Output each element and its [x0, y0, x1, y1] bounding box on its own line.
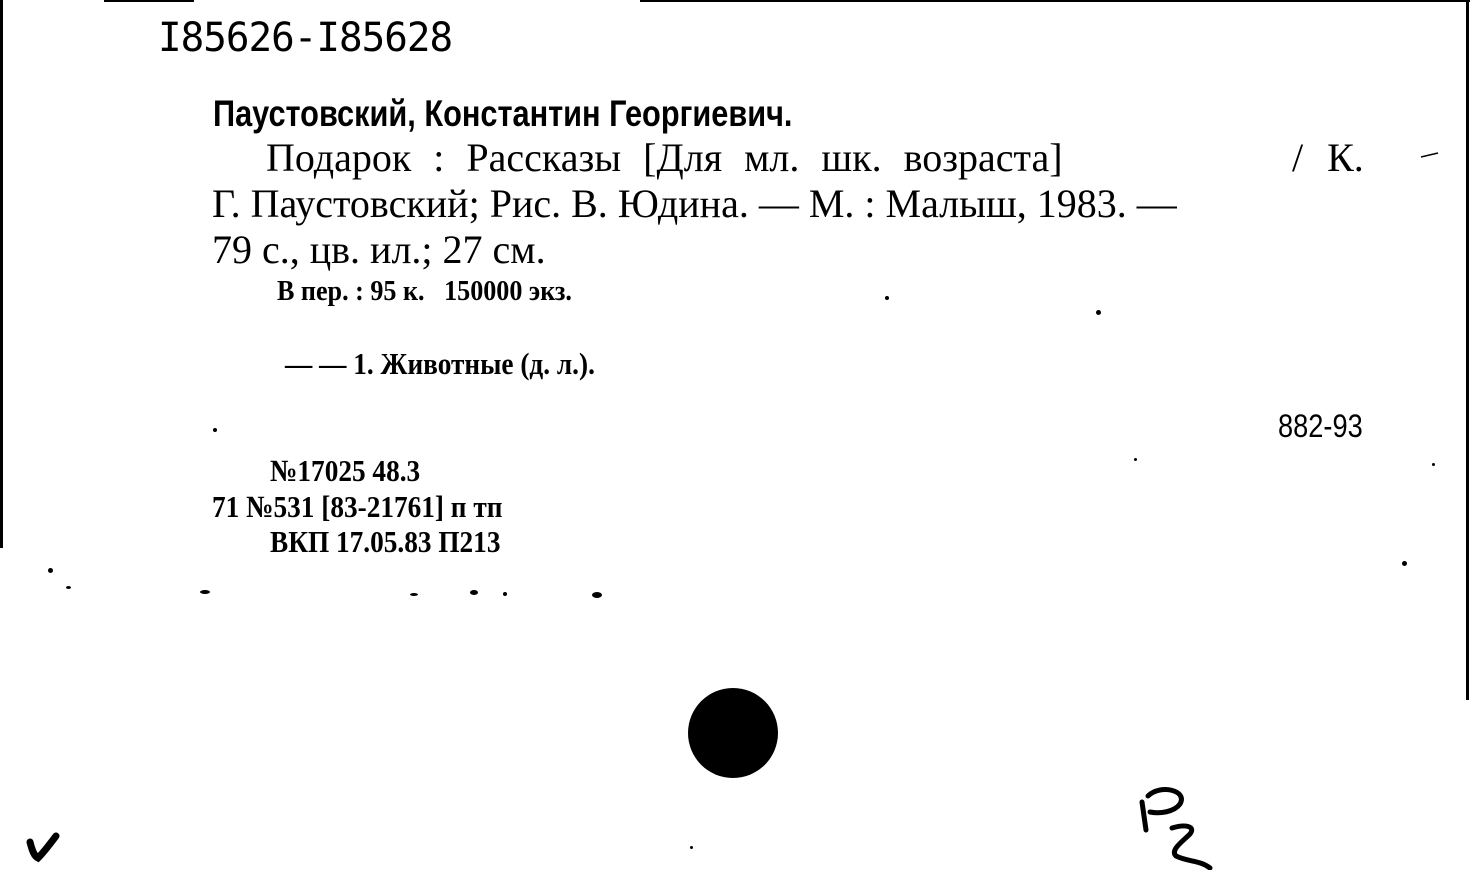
card-edge-top-right: [640, 0, 1470, 2]
pen-stroke: [1420, 150, 1440, 160]
speck: [470, 590, 478, 595]
speck: [592, 592, 602, 598]
registration-line-3: ВКП 17.05.83 П213: [270, 526, 500, 557]
price-and-print-run: В пер. : 95 к. 150000 экз.: [277, 277, 572, 306]
description-line-2: Г. Паустовский; Рис. В. Юдина. — М. : Ма…: [212, 184, 1177, 224]
registration-line-2: 71 №531 [83-21761] п тп: [212, 491, 502, 522]
check-mark-icon: [26, 828, 66, 864]
speck: [410, 593, 418, 596]
speck: [503, 592, 507, 596]
speck: [1432, 463, 1435, 466]
call-number: I85626-I85628: [158, 18, 452, 58]
speck: [213, 428, 217, 432]
speck: [48, 568, 53, 573]
registration-line-1: №17025 48.3: [270, 455, 420, 486]
catalog-card: I85626-I85628 Паустовский, Константин Ге…: [0, 0, 1472, 880]
speck: [1096, 310, 1101, 315]
punch-hole-icon: [688, 688, 778, 778]
handwritten-mark-icon: [1130, 780, 1220, 870]
card-code: 882-93: [1278, 410, 1363, 442]
speck: [1402, 561, 1407, 566]
speck: [200, 590, 210, 594]
subject-tracing: — — 1. Животные (д. л.).: [285, 348, 595, 379]
author-heading: Паустовский, Константин Георгиевич.: [213, 95, 792, 132]
speck: [885, 296, 889, 300]
description-line-1: Подарок : Рассказы [Для мл. шк. возраста…: [266, 138, 1063, 178]
card-edge-top-left: [104, 0, 194, 2]
speck: [690, 846, 693, 849]
card-edge-left: [0, 0, 3, 548]
card-edge-right: [1466, 0, 1469, 700]
speck: [1134, 458, 1137, 461]
description-line-3: 79 с., цв. ил.; 27 см.: [212, 230, 546, 270]
speck: [66, 586, 71, 589]
description-line-1-right: / К.: [1292, 138, 1364, 178]
